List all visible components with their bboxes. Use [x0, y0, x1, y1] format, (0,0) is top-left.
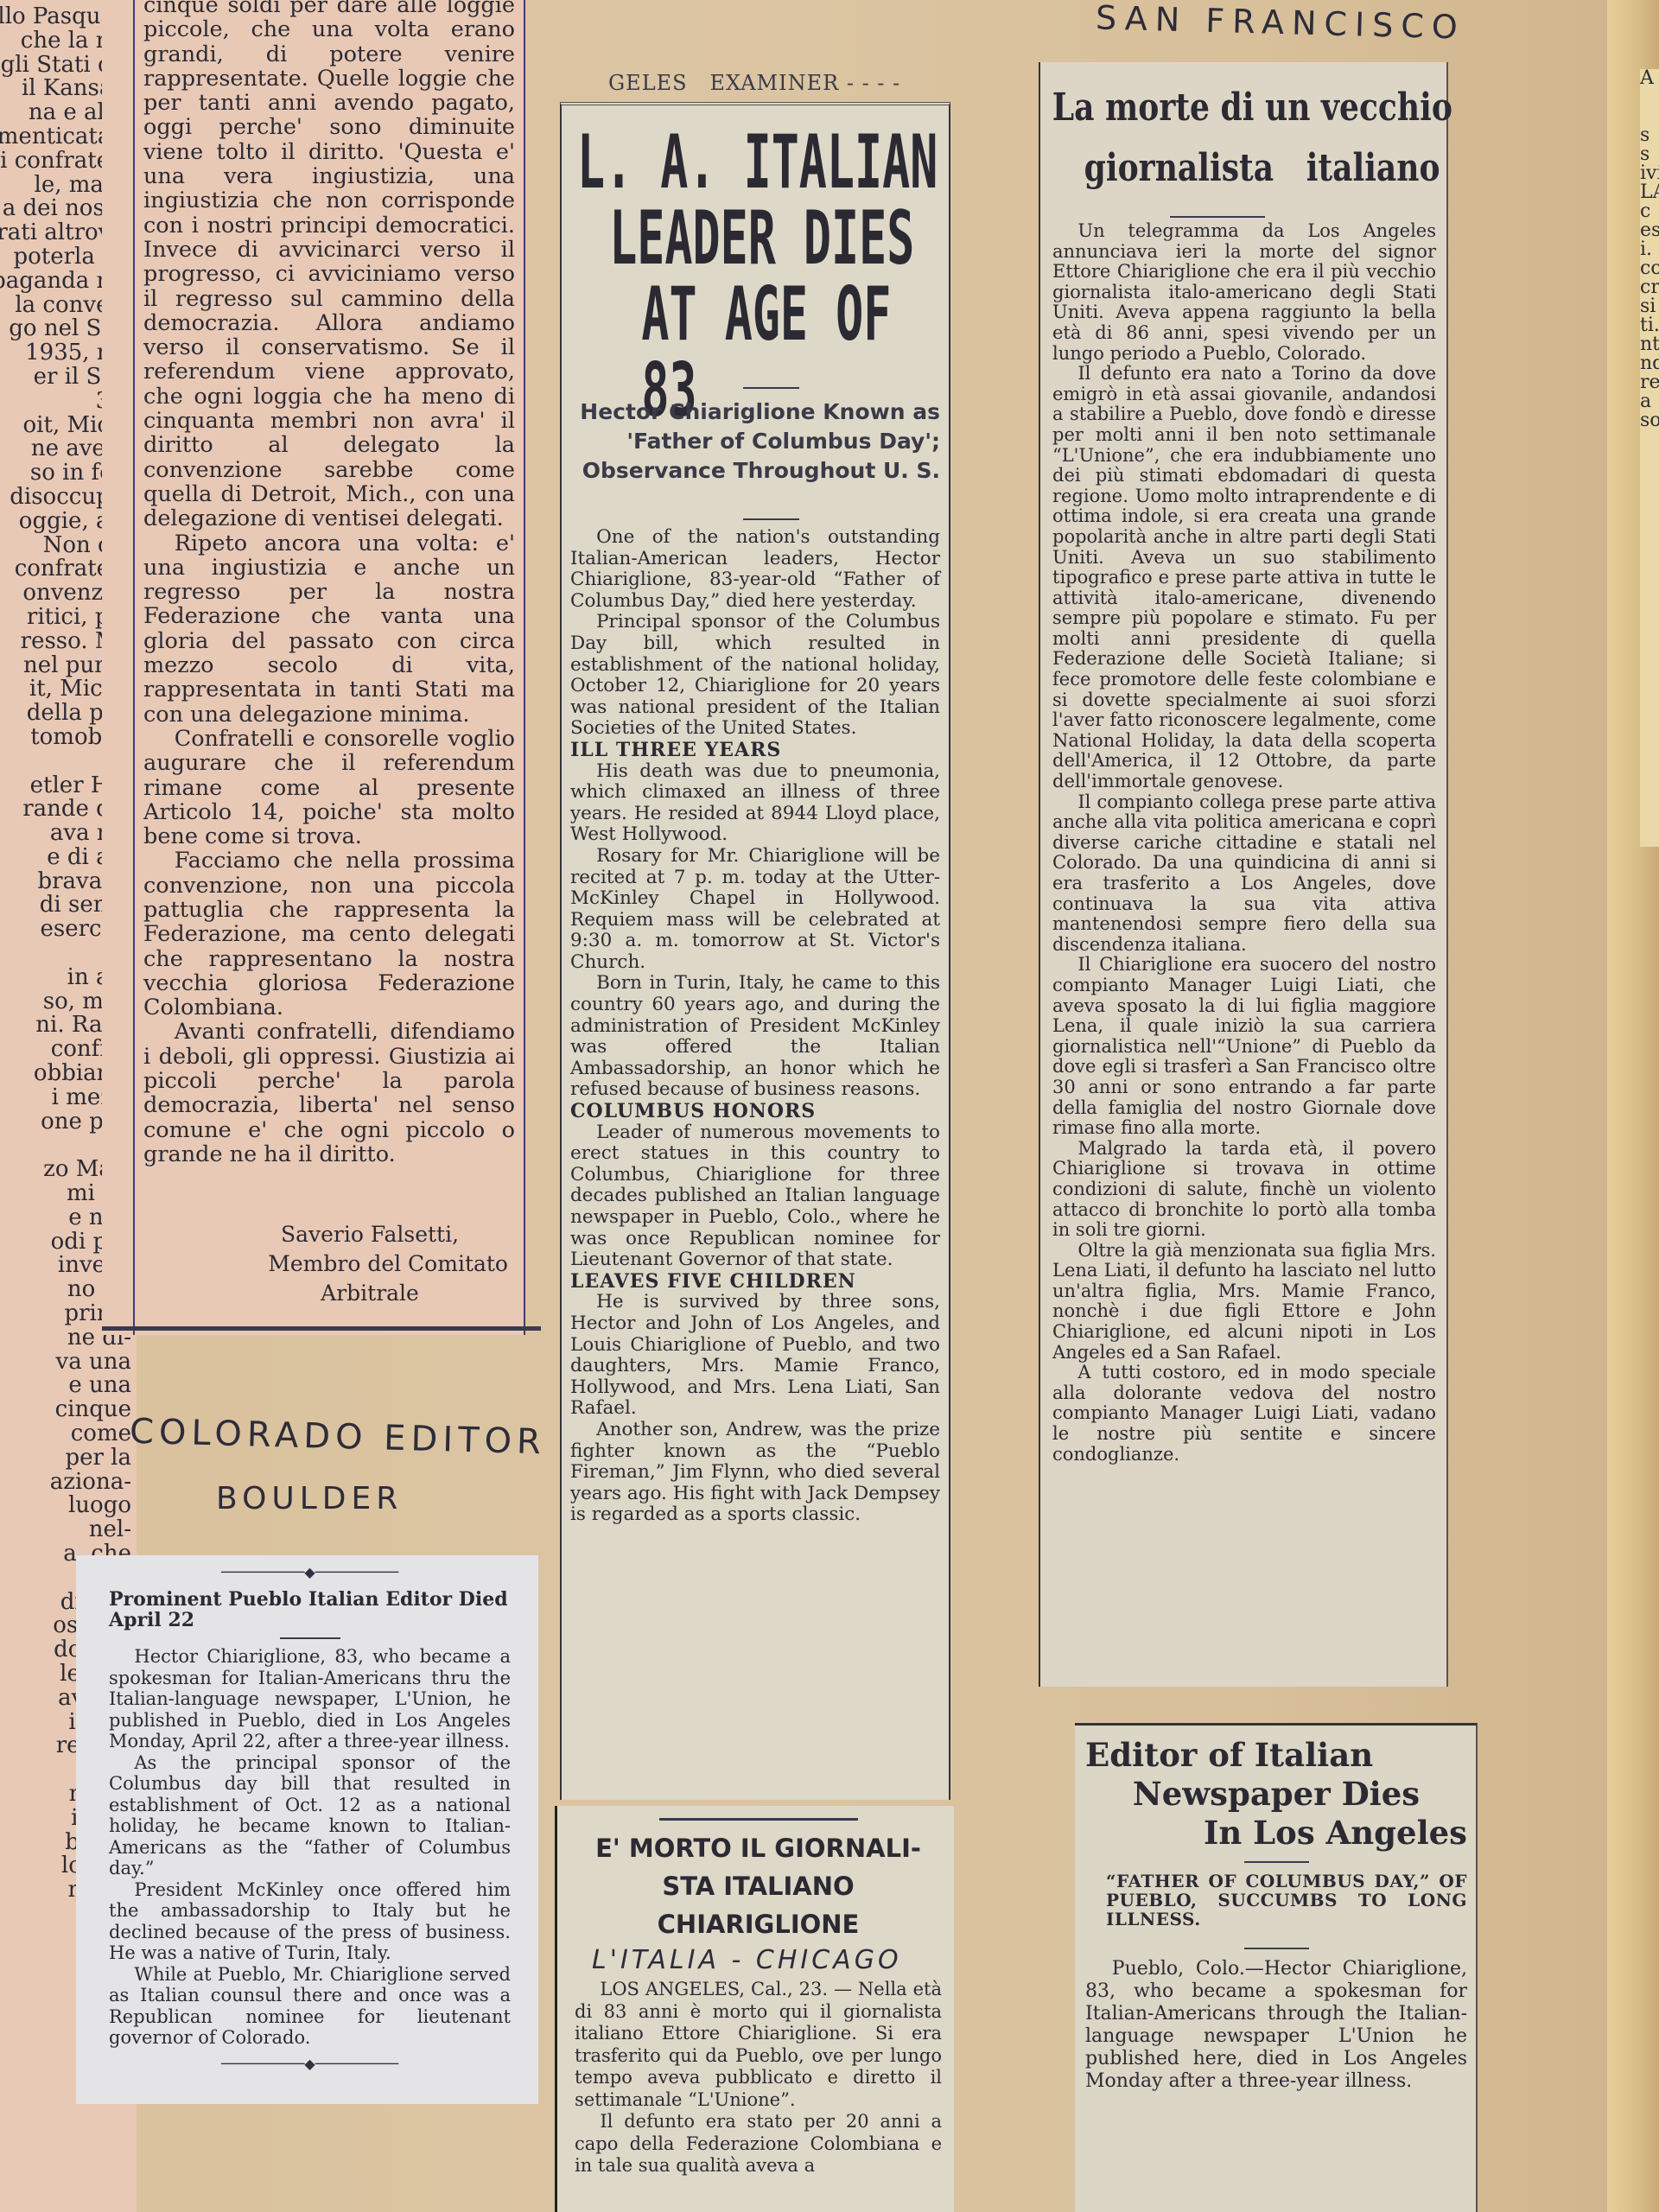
right-edge-fragment: A s siviLAcesi.cocrisiti.ntndreaso [1640, 69, 1659, 847]
subheadline-rule [743, 518, 799, 520]
fragment-line: nt [1640, 335, 1659, 354]
fragment-line: A [1640, 69, 1659, 88]
deck-rule [1244, 1948, 1309, 1949]
paragraph: He is survived by three sons, Hector and… [570, 1292, 940, 1420]
falsetti-article: cinque soldi per dare alle loggie piccol… [102, 0, 525, 1335]
fragment-line: es [1640, 221, 1659, 240]
fragment-line: s s [1640, 126, 1659, 164]
examiner-subheadline: Hector Chiariglione Known as 'Father of … [574, 397, 940, 486]
falsetti-column-rule [133, 0, 135, 1335]
paragraph: A tutti costoro, ed in modo speciale all… [1052, 1363, 1436, 1465]
fragment-line: cri [1640, 278, 1659, 297]
headline-rule [743, 387, 799, 389]
falsetti-signature: Saverio Falsetti, Membro del Comitato Ar… [232, 1220, 508, 1308]
falsetti-body: cinque soldi per dare alle loggie piccol… [143, 0, 515, 1166]
diamond-rule-bottom: ──────────◆────────── [109, 2056, 511, 2072]
paragraph: Another son, Andrew, was the prize fight… [570, 1420, 940, 1526]
note-boulder: BOULDER [216, 1481, 403, 1516]
paragraph: While at Pueblo, Mr. Chiariglione served… [109, 1964, 511, 2049]
headline-line: LEADER DIES [577, 200, 963, 276]
morto-article: E' MORTO IL GIORNALI-STA ITALIANOCHIARIG… [555, 1806, 954, 2212]
fragment-line [1640, 107, 1659, 126]
paragraph: His death was due to pneumonia, which cl… [570, 761, 940, 846]
paragraph: One of the nation's outstanding Italian-… [570, 527, 940, 612]
sf-headline-line: La morte di un vecchio [1052, 78, 1436, 138]
fragment-line: cinque [0, 1398, 131, 1422]
paragraph: Ripeto ancora una volta: e' una ingiusti… [143, 531, 515, 727]
fragment-line: nel- [0, 1518, 131, 1542]
note-italia-chicago: L'ITALIA - CHICAGO [592, 1945, 942, 1975]
paragraph: Il defunto era stato per 20 anni a capo … [575, 2111, 942, 2177]
pueblo-headline: Prominent Pueblo Italian Editor Died Apr… [109, 1589, 511, 1630]
pueblo-editor-article: ──────────◆────────── Prominent Pueblo I… [76, 1555, 538, 2104]
pueblo-body: Hector Chiariglione, 83, who became a sp… [109, 1646, 511, 2049]
examiner-article: L. A. ITALIANLEADER DIESAT AGE OF 83 Hec… [560, 102, 950, 1800]
examiner-headline: L. A. ITALIANLEADER DIESAT AGE OF 83 [577, 124, 963, 429]
paragraph: Oltre la già menzionata sua figlia Mrs. … [1052, 1241, 1436, 1363]
sf-body: Un telegramma da Los Angeles annunciava … [1052, 221, 1436, 1465]
paragraph: Born in Turin, Italy, he came to this co… [570, 973, 940, 1101]
fragment-line: si [1640, 297, 1659, 316]
examiner-masthead: GELES EXAMINER - - - - [608, 71, 900, 95]
sf-article: La morte di un vecchio giornalista itali… [1039, 62, 1448, 1687]
headline-line: Editor of Italian [1085, 1736, 1467, 1775]
signature-title: Membro del Comitato [232, 1249, 508, 1279]
fragment-line: so [1640, 411, 1659, 430]
headline-line: STA ITALIANO [575, 1867, 942, 1905]
paragraph: Il Chiariglione era suocero del nostro c… [1052, 955, 1436, 1138]
section-heading: COLUMBUS HONORS [570, 1101, 940, 1122]
paragraph: Principal sponsor of the Columbus Day bi… [570, 612, 940, 740]
paragraph: As the principal sponsor of the Columbus… [109, 1752, 511, 1879]
la-editor-article: Editor of ItalianNewspaper DiesIn Los An… [1075, 1723, 1478, 2212]
fragment-line: luogo [0, 1494, 131, 1518]
section-heading: LEAVES FIVE CHILDREN [570, 1271, 940, 1293]
sf-headline: La morte di un vecchio giornalista itali… [1084, 78, 1405, 199]
headline-line: E' MORTO IL GIORNALI- [575, 1829, 942, 1867]
diamond-rule-top: ──────────◆────────── [109, 1564, 511, 1580]
fragment-line: e una [0, 1374, 131, 1398]
section-heading: ILL THREE YEARS [570, 740, 940, 761]
headline-rule [1170, 216, 1265, 218]
fragment-line: va una [0, 1351, 131, 1375]
paragraph: Malgrado la tarda età, il povero Chiarig… [1052, 1139, 1436, 1241]
fragment-line [1640, 88, 1659, 107]
signature-title-2: Arbitrale [232, 1279, 508, 1308]
fragment-line: come [0, 1422, 131, 1446]
fragment-line: per la [0, 1446, 131, 1471]
paragraph: Il compianto collega prese parte attiva … [1052, 792, 1436, 956]
paragraph: LOS ANGELES, Cal., 23. — Nella età di 83… [575, 1979, 942, 2111]
paragraph: Pueblo, Colo.—Hector Chiariglione, 83, w… [1085, 1958, 1467, 2093]
fragment-line: co [1640, 259, 1659, 278]
fragment-line: i. [1640, 240, 1659, 259]
fragment-line: LA [1640, 183, 1659, 202]
headline-rule [280, 1637, 340, 1639]
fragment-line: c [1640, 202, 1659, 221]
headline-line: In Los Angeles [1085, 1814, 1467, 1853]
top-rule [659, 1818, 858, 1821]
paragraph: Il defunto era nato a Torino da dove emi… [1052, 364, 1436, 791]
fragment-line: ivi [1640, 164, 1659, 183]
paragraph: President McKinley once offered him the … [109, 1879, 511, 1964]
paragraph: cinque soldi per dare alle loggie piccol… [143, 0, 515, 531]
morto-body: LOS ANGELES, Cal., 23. — Nella età di 83… [575, 1979, 942, 2177]
right-edge-lines: A s siviLAcesi.cocrisiti.ntndreaso [1640, 69, 1659, 430]
fragment-line: nd [1640, 354, 1659, 373]
paragraph: Confratelli e consorelle voglio augurare… [143, 727, 515, 849]
morto-headline: E' MORTO IL GIORNALI-STA ITALIANOCHIARIG… [575, 1829, 942, 1943]
la-editor-headline: Editor of ItalianNewspaper DiesIn Los An… [1085, 1736, 1467, 1853]
sf-headline-line: giornalista italiano [1084, 138, 1405, 199]
paragraph: Avanti confratelli, difendiamo i deboli,… [143, 1020, 515, 1166]
paragraph: Facciamo che nella prossima convenzione,… [143, 849, 515, 1020]
headline-line: Newspaper Dies [1085, 1775, 1467, 1814]
fragment-line: re [1640, 373, 1659, 392]
paragraph: Hector Chiariglione, 83, who became a sp… [109, 1646, 511, 1752]
fragment-line: a [1640, 392, 1659, 411]
falsetti-bottom-rule [102, 1326, 541, 1331]
la-editor-deck: “FATHER OF COLUMBUS DAY,” OF PUEBLO, SUC… [1085, 1872, 1467, 1929]
paragraph: Un telegramma da Los Angeles annunciava … [1052, 221, 1436, 364]
fragment-line: aziona- [0, 1471, 131, 1495]
headline-line: L. A. ITALIAN [577, 124, 963, 200]
headline-line: CHIARIGLIONE [575, 1905, 942, 1943]
signature-name: Saverio Falsetti, [232, 1220, 508, 1249]
headline-rule [1244, 1861, 1309, 1863]
fragment-line: ti. [1640, 316, 1659, 335]
paragraph: Rosary for Mr. Chiariglione will be reci… [570, 846, 940, 974]
la-editor-body: Pueblo, Colo.—Hector Chiariglione, 83, w… [1085, 1958, 1467, 2093]
examiner-body: One of the nation's outstanding Italian-… [570, 527, 940, 1526]
paragraph: Leader of numerous movements to erect st… [570, 1122, 940, 1271]
